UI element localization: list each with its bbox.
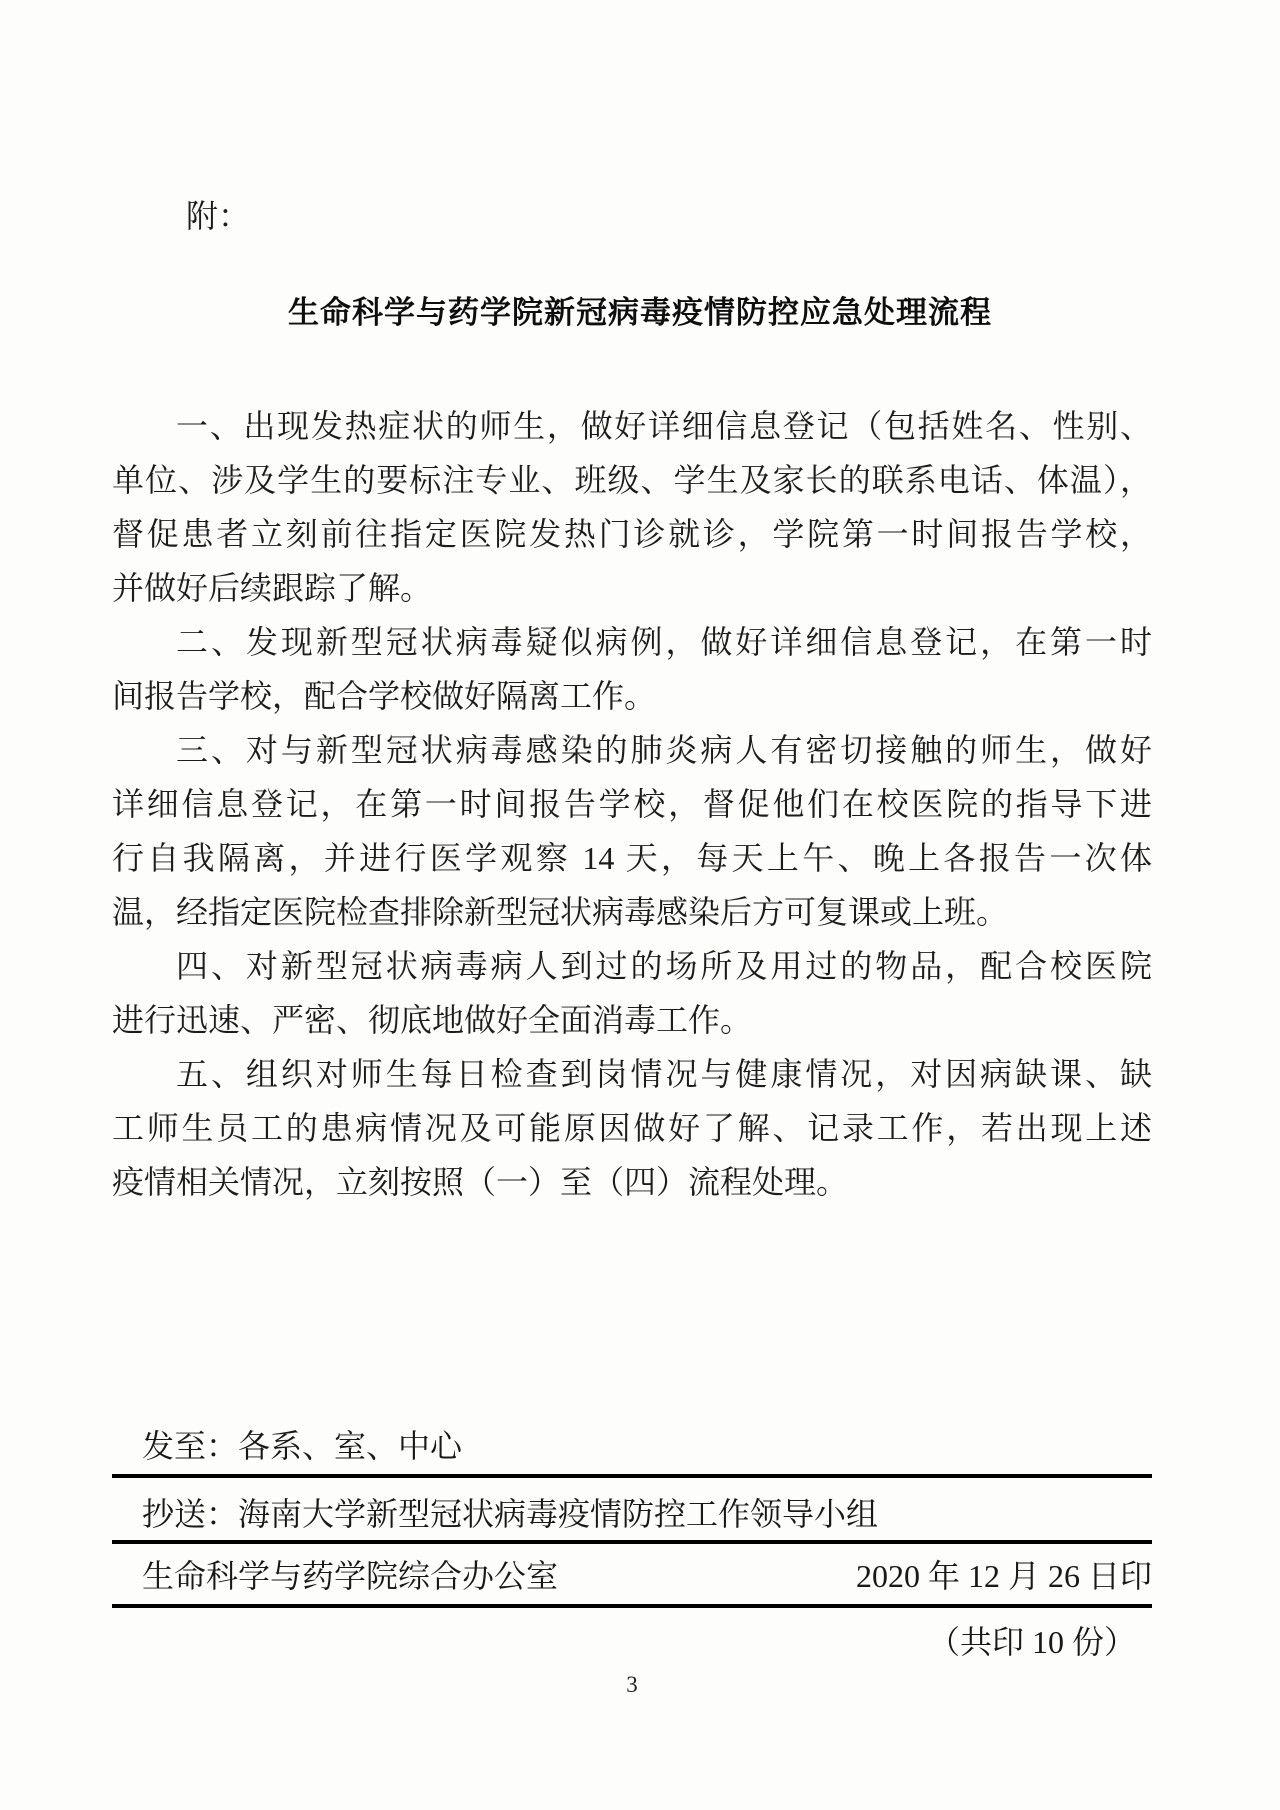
body-line-12: 进行迅速、严密、彻底地做好全面消毒工作。: [112, 993, 1152, 1047]
body-line-13: 五、组织对师生每日检查到岗情况与健康情况，对因病缺课、缺: [112, 1047, 1152, 1101]
body-line-9: 行自我隔离，并进行医学观察 14 天，每天上午、晚上各报告一次体: [112, 831, 1152, 885]
body-line-15: 疫情相关情况，立刻按照（一）至（四）流程处理。: [112, 1155, 1152, 1209]
body-line-5: 二、发现新型冠状病毒疑似病例，做好详细信息登记，在第一时: [112, 615, 1152, 669]
body-line-7: 三、对与新型冠状病毒感染的肺炎病人有密切接触的师生，做好: [112, 723, 1152, 777]
body-line-8: 详细信息登记，在第一时间报告学校，督促他们在校医院的指导下进: [112, 777, 1152, 831]
print-date: 2020 年 12 月 26 日印: [856, 1556, 1152, 1596]
issue-line: 生命科学与药学院综合办公室 2020 年 12 月 26 日印: [112, 1544, 1152, 1608]
body-line-2: 单位、涉及学生的要标注专业、班级、学生及家长的联系电话、体温），: [112, 453, 1152, 507]
document-page: 附： 生命科学与药学院新冠病毒疫情防控应急处理流程 一、出现发热症状的师生，做好…: [0, 0, 1280, 1810]
copies-note: （共印 10 份）: [112, 1608, 1152, 1662]
page-number: 3: [112, 1672, 1152, 1698]
document-body: 一、出现发热症状的师生，做好详细信息登记（包括姓名、性别、 单位、涉及学生的要标…: [112, 399, 1152, 1209]
issuing-office: 生命科学与药学院综合办公室: [142, 1556, 558, 1596]
copy-to-line: 抄送：海南大学新型冠状病毒疫情防控工作领导小组: [112, 1478, 1152, 1544]
body-line-11: 四、对新型冠状病毒病人到过的场所及用过的物品，配合校医院: [112, 939, 1152, 993]
attachment-label: 附：: [186, 196, 250, 236]
body-line-4: 并做好后续跟踪了解。: [112, 561, 1152, 615]
document-footer: 发至：各系、室、中心 抄送：海南大学新型冠状病毒疫情防控工作领导小组 生命科学与…: [112, 1422, 1152, 1662]
body-line-10: 温，经指定医院检查排除新型冠状病毒感染后方可复课或上班。: [112, 885, 1152, 939]
distribution-line: 发至：各系、室、中心: [112, 1422, 1152, 1478]
body-line-14: 工师生员工的患病情况及可能原因做好了解、记录工作，若出现上述: [112, 1101, 1152, 1155]
body-line-3: 督促患者立刻前往指定医院发热门诊就诊，学院第一时间报告学校，: [112, 507, 1152, 561]
document-title: 生命科学与药学院新冠病毒疫情防控应急处理流程: [0, 290, 1280, 336]
body-line-1: 一、出现发热症状的师生，做好详细信息登记（包括姓名、性别、: [112, 399, 1152, 453]
body-line-6: 间报告学校，配合学校做好隔离工作。: [112, 669, 1152, 723]
